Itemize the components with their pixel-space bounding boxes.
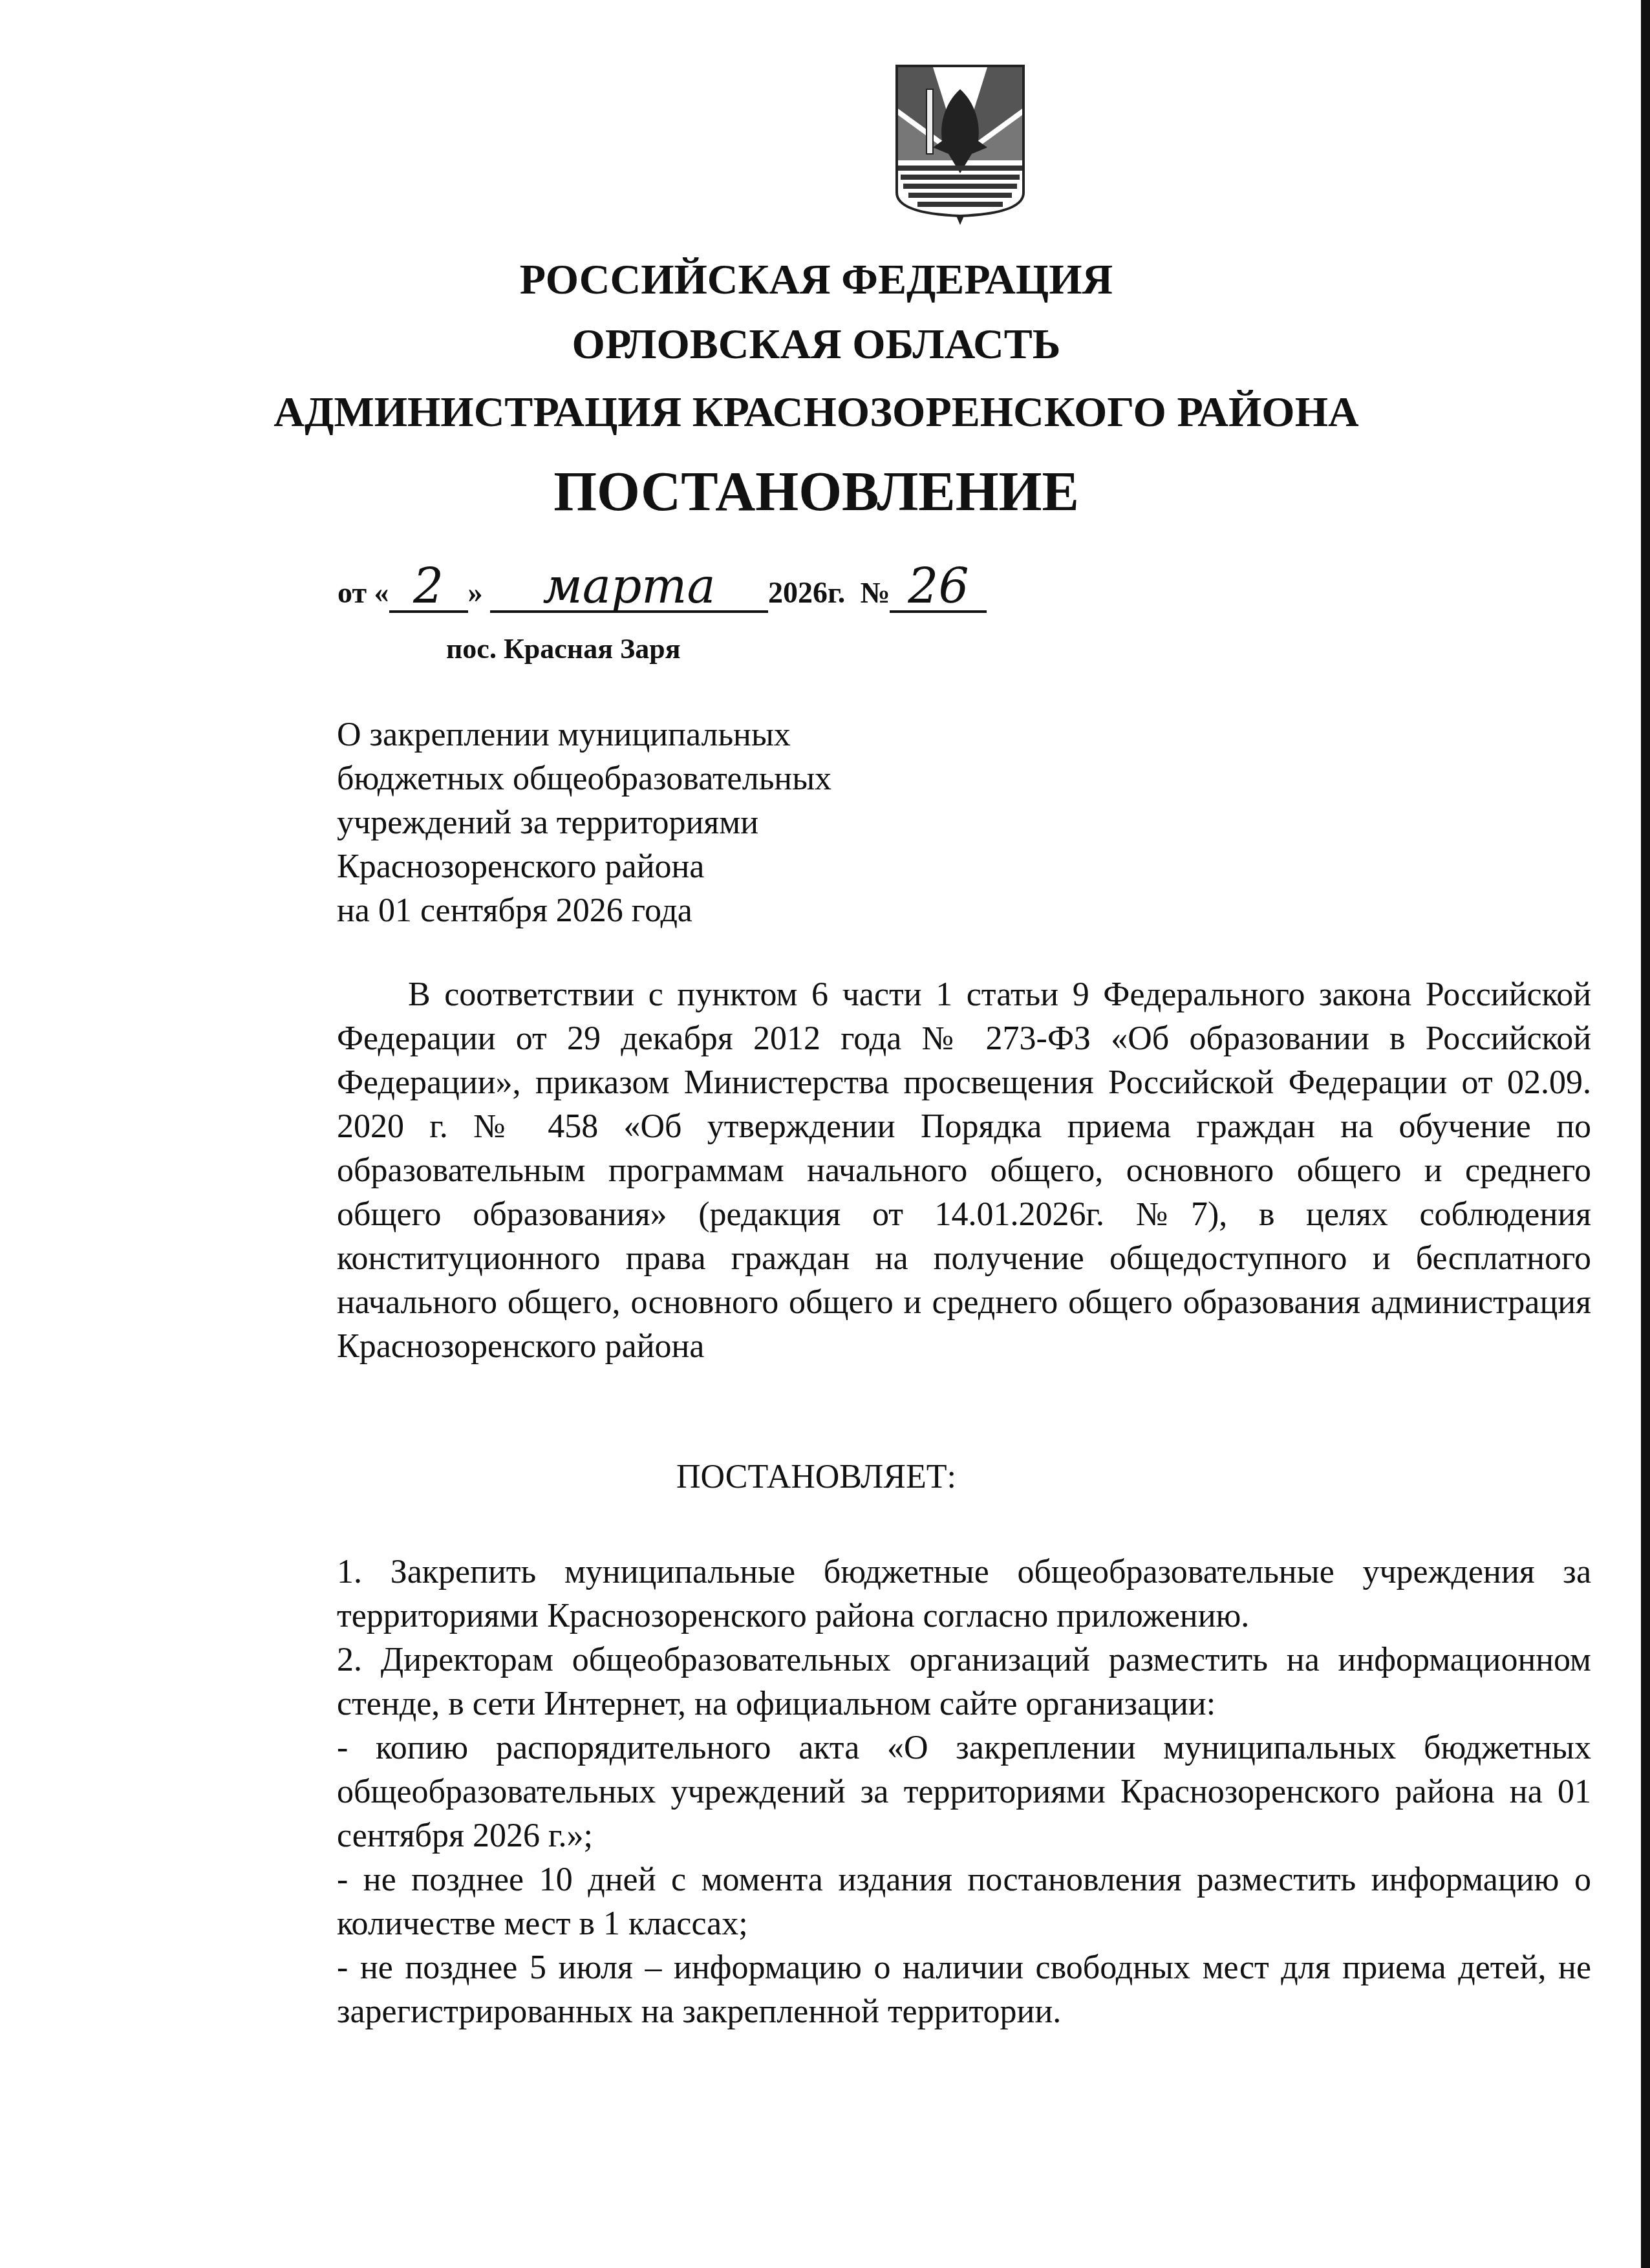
subject-line: учреждений за территориями	[337, 801, 831, 845]
decree-item: - не позднее 10 дней с момента издания п…	[337, 1858, 1591, 1946]
preamble-paragraph: В соответствии с пунктом 6 части 1 стать…	[337, 973, 1591, 1369]
decree-heading: ПОСТАНОВЛЯЕТ:	[0, 1458, 1633, 1496]
header-region: ОРЛОВСКАЯ ОБЛАСТЬ	[0, 320, 1633, 369]
document-type-title: ПОСТАНОВЛЕНИЕ	[0, 459, 1633, 524]
subject-line: О закреплении муниципальных	[337, 713, 831, 757]
subject-line: на 01 сентября 2026 года	[337, 889, 831, 933]
decree-item: - копию распорядительного акта «О закреп…	[337, 1726, 1591, 1858]
date-number-line: от «2» марта2026г. №26	[337, 562, 987, 613]
decree-item: - не позднее 5 июля – информацию о налич…	[337, 1946, 1591, 2034]
subject-line: Краснозоренского района	[337, 845, 831, 889]
date-prefix: от «	[337, 576, 389, 609]
header-country: РОССИЙСКАЯ ФЕДЕРАЦИЯ	[0, 255, 1633, 305]
number-label: №	[860, 576, 890, 609]
decree-items: 1. Закрепить муниципальные бюджетные общ…	[337, 1550, 1591, 2034]
document-page: РОССИЙСКАЯ ФЕДЕРАЦИЯ ОРЛОВСКАЯ ОБЛАСТЬ А…	[0, 0, 1633, 2268]
document-number-handwritten: 26	[890, 562, 987, 613]
date-day-handwritten: 2	[389, 562, 468, 613]
document-subject: О закреплении муниципальных бюджетных об…	[337, 713, 831, 933]
date-month-handwritten: марта	[490, 562, 768, 613]
coat-of-arms-icon	[894, 63, 1026, 226]
date-quote-close: »	[468, 576, 483, 609]
decree-item: 2. Директорам общеобразовательных органи…	[337, 1638, 1591, 1726]
header-authority: АДМИНИСТРАЦИЯ КРАСНОЗОРЕНСКОГО РАЙОНА	[0, 388, 1633, 437]
subject-line: бюджетных общеобразовательных	[337, 757, 831, 801]
scan-edge-border	[1641, 0, 1650, 2268]
decree-item: 1. Закрепить муниципальные бюджетные общ…	[337, 1550, 1591, 1638]
date-year: 2026г.	[768, 576, 845, 609]
place-of-issue: пос. Красная Заря	[446, 632, 680, 665]
